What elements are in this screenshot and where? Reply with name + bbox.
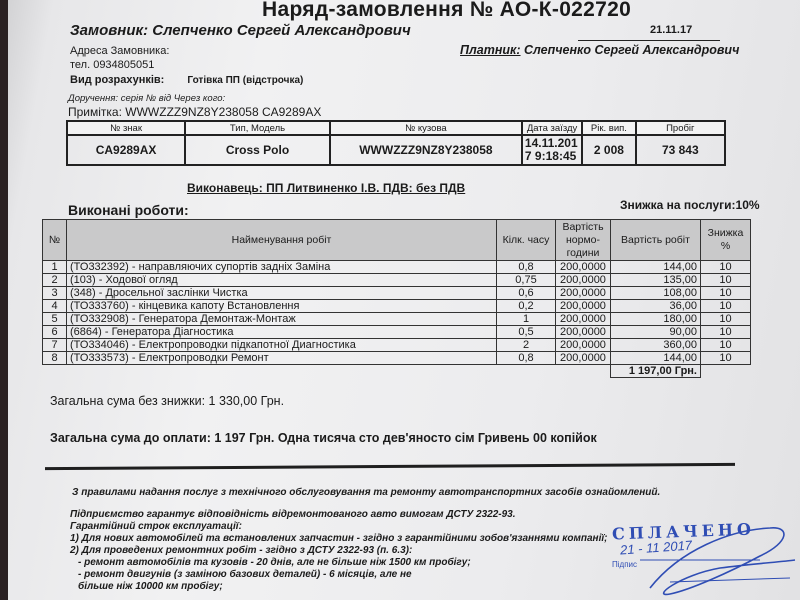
payer-label: Платник: — [460, 43, 521, 57]
header-number: № — [43, 220, 67, 261]
vehicle-header-row: № знак Тип, Модель № кузова Дата заїзду … — [67, 121, 725, 135]
payment-type: Вид розрахунків: Готівка ПП (відстрочка) — [70, 74, 303, 86]
row-number: 3 — [43, 287, 67, 300]
works-total-row: 1 197,00 Грн. — [43, 365, 751, 378]
cost: 360,00 — [611, 339, 701, 352]
address-label: Адреса Замовника: — [70, 45, 169, 57]
vehicle-value-row: CA9289AX Cross Polo WWWZZZ9NZ8Y238058 14… — [67, 135, 725, 165]
header-vin: № кузова — [330, 121, 522, 135]
table-row: 3(348) - Дросельної заслінки Чистка0,620… — [43, 287, 751, 300]
table-row: 6(6864) - Генератора Діагностика0,5200,0… — [43, 326, 751, 339]
discount: 10 — [701, 261, 751, 274]
document-title: Наряд-замовлення № АО-К-022720 — [262, 0, 631, 22]
rate: 200,0000 — [556, 313, 611, 326]
work-name: (ТО332908) - Генератора Демонтаж-Монтаж — [67, 313, 497, 326]
legal-line: більше ніж 10000 км пробігу; — [78, 581, 223, 592]
legal-line: 1) Для нових автомобілей та встановлених… — [70, 533, 607, 544]
legal-line: - ремонт двигунів (з заміною базових дет… — [78, 569, 412, 580]
rate: 200,0000 — [556, 261, 611, 274]
row-number: 2 — [43, 274, 67, 287]
hours: 1 — [497, 313, 556, 326]
hours: 0,8 — [497, 352, 556, 365]
cost: 180,00 — [611, 313, 701, 326]
rate: 200,0000 — [556, 287, 611, 300]
table-row: 2(103) - Ходової огляд0,75200,0000135,00… — [43, 274, 751, 287]
cost: 90,00 — [611, 326, 701, 339]
header-cost: Вартість робіт — [611, 220, 701, 261]
header-plate: № знак — [67, 121, 185, 135]
row-number: 4 — [43, 300, 67, 313]
header-work-name: Найменування робіт — [67, 220, 497, 261]
work-name: (ТО333573) - Електропроводки Ремонт — [67, 352, 497, 365]
works-header-row: № Найменування робіт Кілк. часу Вартість… — [43, 220, 751, 261]
plate-value: CA9289AX — [67, 135, 185, 165]
divider — [45, 463, 735, 470]
cost: 36,00 — [611, 300, 701, 313]
customer-line: Замовник: Слепченко Сергей Александрович — [70, 22, 411, 39]
row-number: 7 — [43, 339, 67, 352]
work-name: (6864) - Генератора Діагностика — [67, 326, 497, 339]
cost: 144,00 — [611, 261, 701, 274]
works-table: № Найменування робіт Кілк. часу Вартість… — [42, 219, 751, 378]
cost: 135,00 — [611, 274, 701, 287]
rate: 200,0000 — [556, 326, 611, 339]
document-date: 21.11.17 — [650, 24, 692, 36]
works-title: Виконані роботи: — [68, 202, 189, 218]
hours: 0,8 — [497, 261, 556, 274]
work-name: (ТО334046) - Електропроводки підкапотної… — [67, 339, 497, 352]
legal-line: - ремонт автомобілів та кузовів - 20 дні… — [78, 557, 471, 568]
hours: 0,5 — [497, 326, 556, 339]
discount: 10 — [701, 300, 751, 313]
legal-line: Підприємство гарантує відповідність відр… — [70, 509, 516, 520]
customer-label: Замовник: — [70, 22, 148, 39]
hours: 0,75 — [497, 274, 556, 287]
payer-line: Платник: Слепченко Сергей Александрович — [460, 43, 739, 57]
rate: 200,0000 — [556, 274, 611, 287]
cost: 108,00 — [611, 287, 701, 300]
row-number: 1 — [43, 261, 67, 274]
payment-value: Готівка ПП (відстрочка) — [187, 75, 303, 86]
legal-line: З правилами надання послуг з технічного … — [72, 487, 660, 498]
work-name: (103) - Ходової огляд — [67, 274, 497, 287]
model-value: Cross Polo — [185, 135, 330, 165]
header-model: Тип, Модель — [185, 121, 330, 135]
table-row: 1(ТО332392) - направляючих супортів задн… — [43, 261, 751, 274]
executor: Виконавець: ПП Литвиненко І.В. ПДВ: без … — [187, 181, 465, 195]
signature-icon — [640, 520, 800, 600]
table-row: 8(ТО333573) - Електропроводки Ремонт0,82… — [43, 352, 751, 365]
discount: 10 — [701, 326, 751, 339]
hours: 0,2 — [497, 300, 556, 313]
row-number: 6 — [43, 326, 67, 339]
legal-line: Гарантійний строк експлуатації: — [70, 521, 242, 532]
entry-date-value: 14.11.201 7 9:18:45 — [522, 135, 582, 165]
customer-name: Слепченко Сергей Александрович — [152, 22, 410, 39]
discount: 10 — [701, 352, 751, 365]
stamp-signature-label: Підпис — [612, 560, 637, 569]
work-name: (348) - Дросельної заслінки Чистка — [67, 287, 497, 300]
header-mileage: Пробіг — [636, 121, 725, 135]
vin-value: WWWZZZ9NZ8Y238058 — [330, 135, 522, 165]
table-row: 7(ТО334046) - Електропроводки підкапотно… — [43, 339, 751, 352]
header-hours: Кілк. часу — [497, 220, 556, 261]
discount: 10 — [701, 274, 751, 287]
header-rate: Вартість нормо-години — [556, 220, 611, 261]
mileage-value: 73 843 — [636, 135, 725, 165]
total-to-pay: Загальна сума до оплати: 1 197 Грн. Одна… — [50, 431, 597, 445]
header-year: Рік. вип. — [582, 121, 635, 135]
discount: 10 — [701, 287, 751, 300]
payment-label: Вид розрахунків: — [70, 74, 164, 86]
phone: тел. 0934805051 — [70, 59, 154, 71]
work-name: (ТО333760) - кінцевика капоту Встановлен… — [67, 300, 497, 313]
discount-label: Знижка на послуги:10% — [620, 198, 760, 212]
hours: 0,6 — [497, 287, 556, 300]
works-total: 1 197,00 Грн. — [611, 365, 701, 378]
photo-edge — [0, 0, 8, 600]
header-discount: Знижка % — [701, 220, 751, 261]
header-entry-date: Дата заїзду — [522, 121, 582, 135]
works-body: 1(ТО332392) - направляючих супортів задн… — [43, 261, 751, 365]
total-without-discount: Загальна сума без знижки: 1 330,00 Грн. — [50, 394, 284, 408]
proxy-line: Доручення: серія № від Через кого: — [68, 93, 225, 104]
discount: 10 — [701, 339, 751, 352]
vehicle-table: № знак Тип, Модель № кузова Дата заїзду … — [66, 120, 726, 166]
rate: 200,0000 — [556, 339, 611, 352]
table-row: 5(ТО332908) - Генератора Демонтаж-Монтаж… — [43, 313, 751, 326]
year-value: 2 008 — [582, 135, 635, 165]
legal-line: 2) Для проведених ремонтних робіт - згід… — [70, 545, 412, 556]
hours: 2 — [497, 339, 556, 352]
discount: 10 — [701, 313, 751, 326]
payer-name: Слепченко Сергей Александрович — [524, 43, 739, 57]
date-underline — [578, 40, 720, 41]
work-name: (ТО332392) - направляючих супортів задні… — [67, 261, 497, 274]
rate: 200,0000 — [556, 300, 611, 313]
row-number: 8 — [43, 352, 67, 365]
rate: 200,0000 — [556, 352, 611, 365]
cost: 144,00 — [611, 352, 701, 365]
table-row: 4(ТО333760) - кінцевика капоту Встановле… — [43, 300, 751, 313]
note: Примітка: WWWZZZ9NZ8Y238058 CA9289AX — [68, 105, 321, 119]
row-number: 5 — [43, 313, 67, 326]
